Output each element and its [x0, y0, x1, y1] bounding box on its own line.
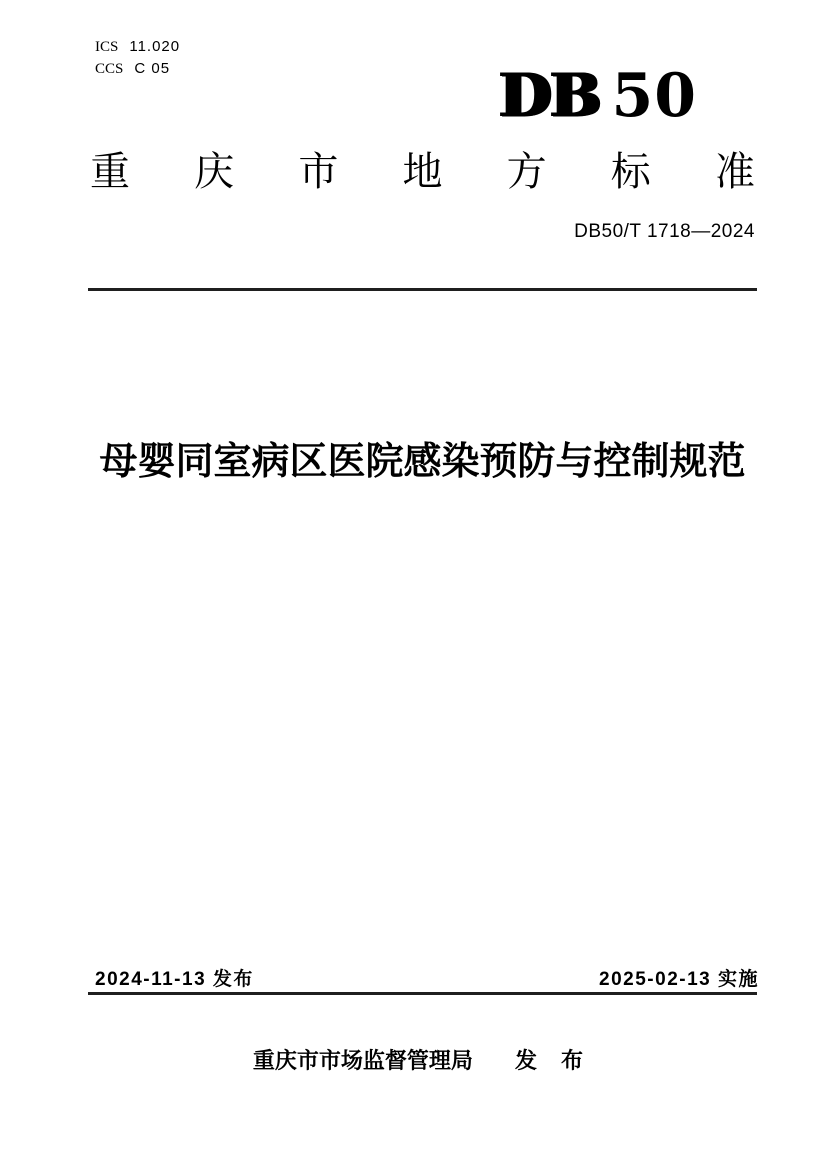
- standard-cover-page: ICS 11.020 CCS C 05 DB50 重庆市地方标准 DB50/T …: [0, 0, 815, 1151]
- standard-category-name: 重庆市地方标准: [90, 152, 755, 192]
- standard-name-char: 市: [298, 152, 338, 192]
- db50-logo: DB50: [499, 66, 697, 126]
- db50-logo-db: DB: [499, 61, 600, 131]
- ics-label: ICS: [95, 36, 118, 58]
- ics-code-row: ICS 11.020: [95, 36, 180, 58]
- publisher-org: 重庆市市场监督管理局: [253, 1048, 473, 1073]
- implement-date: 2025-02-13 实施: [599, 964, 759, 991]
- ccs-label: CCS: [95, 58, 123, 80]
- standard-name-char: 庆: [194, 152, 234, 192]
- standard-name-char: 地: [402, 152, 442, 192]
- issue-date: 2024-11-13 发布: [95, 964, 254, 991]
- standard-name-char: 标: [611, 152, 651, 192]
- ccs-code-row: CCS C 05: [95, 58, 180, 80]
- classification-codes: ICS 11.020 CCS C 05: [95, 36, 180, 80]
- header-rule: [88, 288, 757, 291]
- ccs-value: C 05: [134, 58, 170, 80]
- publisher-action: 发 布: [515, 1048, 592, 1073]
- standard-name-char: 方: [507, 152, 547, 192]
- db50-logo-number: 50: [612, 61, 698, 131]
- publisher-line: 重庆市市场监督管理局发 布: [88, 1044, 757, 1075]
- footer-rule: [88, 992, 757, 995]
- standard-name-char: 重: [90, 152, 130, 192]
- ics-value: 11.020: [129, 36, 180, 58]
- standard-name-char: 准: [715, 152, 755, 192]
- document-title: 母婴同室病区医院感染预防与控制规范: [88, 442, 757, 484]
- standard-number: DB50/T 1718—2024: [574, 221, 755, 243]
- dates-row: 2024-11-13 发布 2025-02-13 实施: [95, 964, 759, 991]
